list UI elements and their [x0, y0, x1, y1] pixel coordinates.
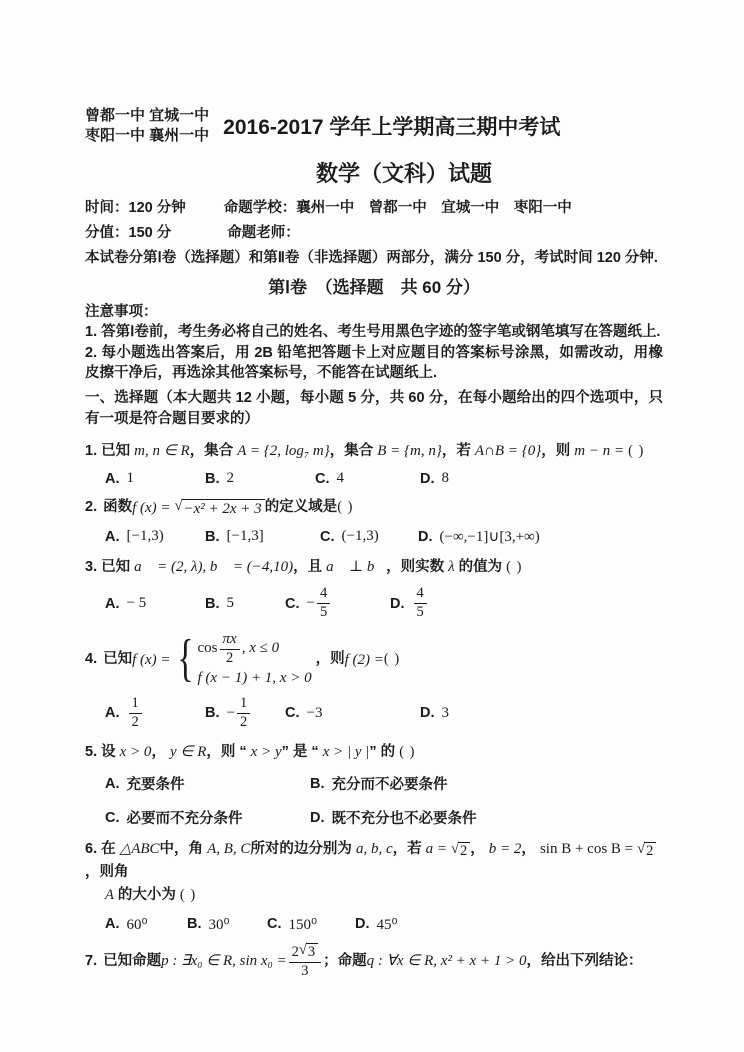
q3-math-lambda: λ [448, 559, 455, 575]
q6-math: b = 2 [489, 841, 522, 857]
q2-number: 2. [85, 496, 97, 519]
q1-math: A∩B = {0} [475, 443, 541, 459]
fraction-denominator: 2 [237, 714, 250, 731]
option-a-value: 60⁰ [127, 915, 148, 934]
answer-blank: ( ) [628, 443, 644, 459]
q4-math: f (x) = [132, 648, 170, 672]
option-b: B.30⁰ [187, 915, 267, 934]
q6-text: 所对的边分别为 [250, 841, 352, 857]
answer-blank: ( ) [506, 559, 522, 575]
q2-text: 的定义域是 [265, 496, 338, 519]
option-c-label: C. [105, 810, 120, 826]
fraction-numerator: 4 [414, 586, 427, 604]
notice-title: 注意事项： [85, 302, 663, 323]
option-c-label: C. [285, 705, 300, 721]
q3-number: 3. [85, 559, 97, 575]
q6-text: 中，角 [160, 841, 204, 857]
option-b-label: B. [205, 596, 220, 612]
option-d: D.3 [420, 705, 449, 722]
option-d-value: 3 [442, 705, 450, 722]
q5-math: x > 0 [120, 744, 152, 760]
option-a-label: A. [105, 471, 120, 487]
q6-text: ，则角 [85, 864, 129, 880]
notice-item-1: 1. 答第Ⅰ卷前，考生务必将自己的姓名、考生号用黑色字迹的签字笔或钢笔填写在答题… [85, 322, 663, 343]
question-6: 6. 在 △ABC中，角 A, B, C所对的边分别为 a, b, c，若 a … [85, 837, 663, 934]
option-d-value: 8 [442, 470, 450, 487]
option-d: D.45 [390, 586, 429, 621]
fraction-denominator: 5 [414, 604, 427, 621]
question-4: 4. 已知 f (x) = { cos πx2 , x ≤ 0 f (x − 1… [85, 630, 663, 731]
fraction-denominator: 2 [129, 714, 142, 731]
q6-math: a = [426, 841, 447, 857]
exam-title: 2016-2017 学年上学期高三期中考试 [223, 111, 560, 141]
option-b: B.[−1,3] [205, 528, 320, 545]
score-label: 分值：150 分 [85, 225, 171, 241]
option-c-sign: − [307, 595, 315, 612]
section-intro: 一、选择题（本大题共 12 小题，每小题 5 分，共 60 分，在每小题给出的四… [85, 388, 663, 430]
option-a-value: 1 [127, 470, 135, 487]
q6-text: ，若 [393, 841, 422, 857]
option-b: B.充分而不必要条件 [310, 773, 663, 794]
piecewise-case-1: cos πx2 , x ≤ 0 [198, 630, 312, 667]
radicand: 3 [306, 943, 318, 961]
question-5: 5. 设 x > 0， y ∈ R，则 “ x > y” 是 “ x > | y… [85, 740, 663, 828]
option-d-value: 既不充分也不必要条件 [332, 807, 477, 828]
option-a-label: A. [105, 916, 120, 932]
q6-math: △ABC [120, 841, 160, 857]
option-d-label: D. [390, 596, 405, 612]
option-a: A.1 [105, 470, 205, 487]
q3-math-vectors: a⃗ = (2, λ), b⃗ = (−4,10) [134, 559, 293, 575]
q5-text: ，则 “ [206, 744, 246, 760]
piecewise-brace: { [177, 636, 193, 683]
question-3-stem: 3. 已知 a⃗ = (2, λ), b⃗ = (−4,10)，且 a⃗ ⊥ b… [85, 555, 663, 579]
option-b: B.−12 [205, 696, 285, 731]
q3-text: 已知 [101, 559, 130, 575]
option-d-value: 45⁰ [377, 915, 398, 934]
q6-math: A, B, C [207, 841, 250, 857]
question-6-options: A.60⁰ B.30⁰ C.150⁰ D.45⁰ [105, 915, 663, 934]
proposer-school-label: 命题学校：襄州一中 曾都一中 宜城一中 枣阳一中 [224, 200, 572, 216]
fraction: 45 [317, 586, 330, 621]
question-2: 2. 函数 f (x) = √ −x² + 2x + 3 的定义域是 ( ) A… [85, 496, 663, 546]
question-1-stem: 1. 已知 m, n ∈ R，集合 A = {2, log₇ m}，集合 B =… [85, 439, 663, 463]
q7-text: 已知命题 [103, 950, 161, 973]
q6-math-trig: sin B + cos B = [540, 841, 633, 857]
option-b-value: 30⁰ [209, 915, 230, 934]
option-b-label: B. [187, 916, 202, 932]
q5-text: ” 是 “ [282, 744, 319, 760]
piecewise-function: cos πx2 , x ≤ 0 f (x − 1) + 1, x > 0 [198, 630, 312, 689]
option-c-value: −3 [307, 705, 323, 722]
question-7: 7. 已知命题 p : ∃x₀ ∈ R, sin x₀ = 2√3 3 ；命题 … [85, 943, 663, 980]
question-3-options: A.− 5 B.5 C.−45 D.45 [105, 586, 663, 621]
q1-number: 1. [85, 443, 97, 459]
square-root: √2 [451, 842, 470, 860]
q3-math-perp: a⃗ ⊥ b⃗ [326, 559, 386, 575]
radicand: 2 [644, 842, 656, 860]
exam-paper: 曾都一中 宜城一中 枣阳一中 襄州一中 2016-2017 学年上学期高三期中考… [85, 106, 663, 980]
paper-header: 曾都一中 宜城一中 枣阳一中 襄州一中 2016-2017 学年上学期高三期中考… [85, 106, 663, 147]
q5-text: ” 的 [369, 744, 395, 760]
question-2-options: A.[−1,3) B.[−1,3] C.(−1,3) D.(−∞,−1]∪[3,… [105, 527, 663, 546]
option-a-value: 充要条件 [127, 773, 185, 794]
option-a: A.− 5 [105, 595, 205, 612]
q1-text: ，集合 [330, 443, 374, 459]
q5-text: 设 [101, 744, 116, 760]
option-b-value: 5 [227, 595, 235, 612]
q6-text: 在 [101, 841, 116, 857]
q5-math: x > | y | [323, 744, 370, 760]
option-d-label: D. [310, 810, 325, 826]
question-6-stem-line2: A 的大小为 ( ) [105, 884, 663, 907]
option-a-label: A. [105, 705, 120, 721]
q6-text: ， [470, 841, 485, 857]
option-d-value: (−∞,−1]∪[3,+∞) [440, 527, 540, 546]
fraction: πx2 [220, 631, 240, 666]
question-5-options: A.充要条件 B.充分而不必要条件 C.必要而不充分条件 D.既不充分也不必要条… [105, 773, 663, 828]
option-a-label: A. [105, 776, 120, 792]
option-d: D.45⁰ [355, 915, 398, 934]
fraction: 12 [237, 696, 250, 731]
option-a: A.12 [105, 696, 205, 731]
fraction-numerator: πx [220, 631, 240, 650]
question-4-options: A.12 B.−12 C.−3 D.3 [105, 696, 663, 731]
q1-text: ，集合 [190, 443, 234, 459]
question-2-stem: 2. 函数 f (x) = √ −x² + 2x + 3 的定义域是 ( ) [85, 496, 663, 520]
q4-text: 已知 [103, 648, 132, 671]
option-d: D.(−∞,−1]∪[3,+∞) [418, 527, 540, 546]
answer-blank: ( ) [384, 648, 400, 671]
option-a-value: [−1,3) [127, 528, 164, 545]
school-names: 曾都一中 宜城一中 枣阳一中 襄州一中 [85, 106, 209, 147]
option-b-value: [−1,3] [227, 528, 264, 545]
q6-math: a, b, c [356, 841, 393, 857]
q2-text: 函数 [103, 496, 132, 519]
option-c-label: C. [320, 529, 335, 545]
square-root: √2 [637, 842, 656, 860]
q4-math: f (2) = [345, 648, 384, 672]
radicand: 2 [458, 842, 470, 860]
q1-math: B = {m, n} [377, 443, 442, 459]
paper-description: 本试卷分第Ⅰ卷（选择题）和第Ⅱ卷（非选择题）两部分，满分 150 分，考试时间 … [85, 246, 663, 267]
q1-math: m, n ∈ R [134, 443, 190, 459]
numerator-coefficient: 2 [292, 945, 299, 961]
option-b-sign: − [227, 705, 235, 722]
answer-blank: ( ) [180, 887, 196, 903]
option-c-value: 必要而不充分条件 [127, 807, 243, 828]
q5-math: x > y [251, 744, 282, 760]
time-label: 时间：120 分钟 [85, 200, 186, 216]
question-4-stem: 4. 已知 f (x) = { cos πx2 , x ≤ 0 f (x − 1… [85, 630, 663, 689]
fraction-denominator: 5 [317, 604, 330, 621]
option-d-label: D. [420, 705, 435, 721]
option-b: B.5 [205, 595, 285, 612]
question-6-stem: 6. 在 △ABC中，角 A, B, C所对的边分别为 a, b, c，若 a … [85, 837, 663, 884]
option-c-value: 150⁰ [289, 915, 318, 934]
q6-text: ， [521, 841, 536, 857]
option-c: C.4 [315, 470, 420, 487]
q3-text: ，且 [293, 559, 322, 575]
option-d: D.既不充分也不必要条件 [310, 807, 663, 828]
q7-text: ，给出下列结论： [526, 950, 642, 973]
answer-blank: ( ) [399, 744, 415, 760]
option-a-label: A. [105, 596, 120, 612]
option-a-value: − 5 [127, 595, 147, 612]
q3-text: ，则实数 [386, 559, 444, 575]
fraction-numerator: 1 [129, 696, 142, 714]
option-c-label: C. [285, 596, 300, 612]
option-c: C.(−1,3) [320, 528, 418, 545]
option-a: A.[−1,3) [105, 528, 205, 545]
q7-math-p: p : ∃x₀ ∈ R, sin x₀ = [161, 949, 287, 973]
option-c-value: 4 [337, 470, 345, 487]
q5-text: ， [151, 744, 166, 760]
option-c: C.−3 [285, 705, 420, 722]
fraction-numerator: 4 [317, 586, 330, 604]
option-a: A.60⁰ [105, 915, 187, 934]
question-1: 1. 已知 m, n ∈ R，集合 A = {2, log₇ m}，集合 B =… [85, 439, 663, 487]
q1-text: 已知 [101, 443, 130, 459]
fraction: 12 [129, 696, 142, 731]
option-b-value: 2 [227, 470, 235, 487]
option-b-label: B. [205, 471, 220, 487]
q5-math: y ∈ R [170, 744, 206, 760]
cos-function: cos [198, 639, 218, 659]
option-c-value: (−1,3) [342, 528, 379, 545]
piecewise-case-2: f (x − 1) + 1, x > 0 [198, 668, 312, 690]
square-root: √ −x² + 2x + 3 [175, 499, 265, 518]
question-7-stem: 7. 已知命题 p : ∃x₀ ∈ R, sin x₀ = 2√3 3 ；命题 … [85, 943, 663, 980]
fraction: 45 [414, 586, 427, 621]
option-d-label: D. [355, 916, 370, 932]
radicand: −x² + 2x + 3 [182, 499, 265, 518]
fraction-numerator: 2√3 [289, 943, 321, 963]
q2-math: f (x) = [132, 496, 170, 520]
q1-text: ，若 [442, 443, 471, 459]
option-c: C.必要而不充分条件 [105, 807, 310, 828]
school-names-line2: 枣阳一中 襄州一中 [85, 126, 209, 146]
option-c-label: C. [315, 471, 330, 487]
score-teacher-info: 分值：150 分 命题老师： [85, 221, 663, 242]
option-a-label: A. [105, 529, 120, 545]
notice-item-2: 2. 每小题选出答案后，用 2B 铅笔把答题卡上对应题目的答案标号涂黑，如需改动… [85, 343, 663, 384]
option-c: C.−45 [285, 586, 390, 621]
option-b-label: B. [310, 776, 325, 792]
option-c: C.150⁰ [267, 915, 355, 934]
section-title: 第Ⅰ卷 （选择题 共 60 分） [85, 273, 663, 298]
option-d: D.8 [420, 470, 449, 487]
square-root: √3 [299, 943, 318, 961]
school-names-line1: 曾都一中 宜城一中 [85, 106, 209, 126]
q7-number: 7. [85, 950, 97, 973]
proposer-teacher-label: 命题老师： [227, 225, 300, 241]
q1-text: ，则 [541, 443, 570, 459]
fraction: 2√3 3 [289, 943, 321, 980]
option-b-label: B. [205, 529, 220, 545]
q6-number: 6. [85, 841, 97, 857]
q6-math-angle: A [105, 887, 114, 903]
q1-math: m − n = [574, 443, 624, 459]
question-3: 3. 已知 a⃗ = (2, λ), b⃗ = (−4,10)，且 a⃗ ⊥ b… [85, 555, 663, 621]
option-b-value: 充分而不必要条件 [332, 773, 448, 794]
option-d-label: D. [418, 529, 433, 545]
option-b: B.2 [205, 470, 315, 487]
fraction-numerator: 1 [237, 696, 250, 714]
q7-text: ；命题 [323, 950, 367, 973]
option-c-label: C. [267, 916, 282, 932]
option-a: A.充要条件 [105, 773, 310, 794]
answer-blank: ( ) [337, 496, 353, 519]
subject-title: 数学（文科）试题 [145, 157, 663, 188]
option-b-label: B. [205, 705, 220, 721]
option-d-label: D. [420, 471, 435, 487]
q5-number: 5. [85, 744, 97, 760]
q1-math: A = {2, log₇ m} [237, 443, 329, 459]
q4-text: ，则 [316, 648, 345, 671]
q6-text: 的大小为 [118, 887, 176, 903]
question-5-stem: 5. 设 x > 0， y ∈ R，则 “ x > y” 是 “ x > | y… [85, 740, 663, 764]
fraction-denominator: 2 [223, 650, 236, 667]
q7-math-q: q : ∀x ∈ R, x² + x + 1 > 0 [367, 949, 527, 973]
fraction-denominator: 3 [298, 963, 311, 980]
time-school-info: 时间：120 分钟 命题学校：襄州一中 曾都一中 宜城一中 枣阳一中 [85, 196, 663, 217]
question-1-options: A.1 B.2 C.4 D.8 [105, 470, 663, 487]
q4-number: 4. [85, 648, 97, 671]
q3-text: 的值为 [459, 559, 503, 575]
case-1-condition: , x ≤ 0 [242, 639, 279, 659]
